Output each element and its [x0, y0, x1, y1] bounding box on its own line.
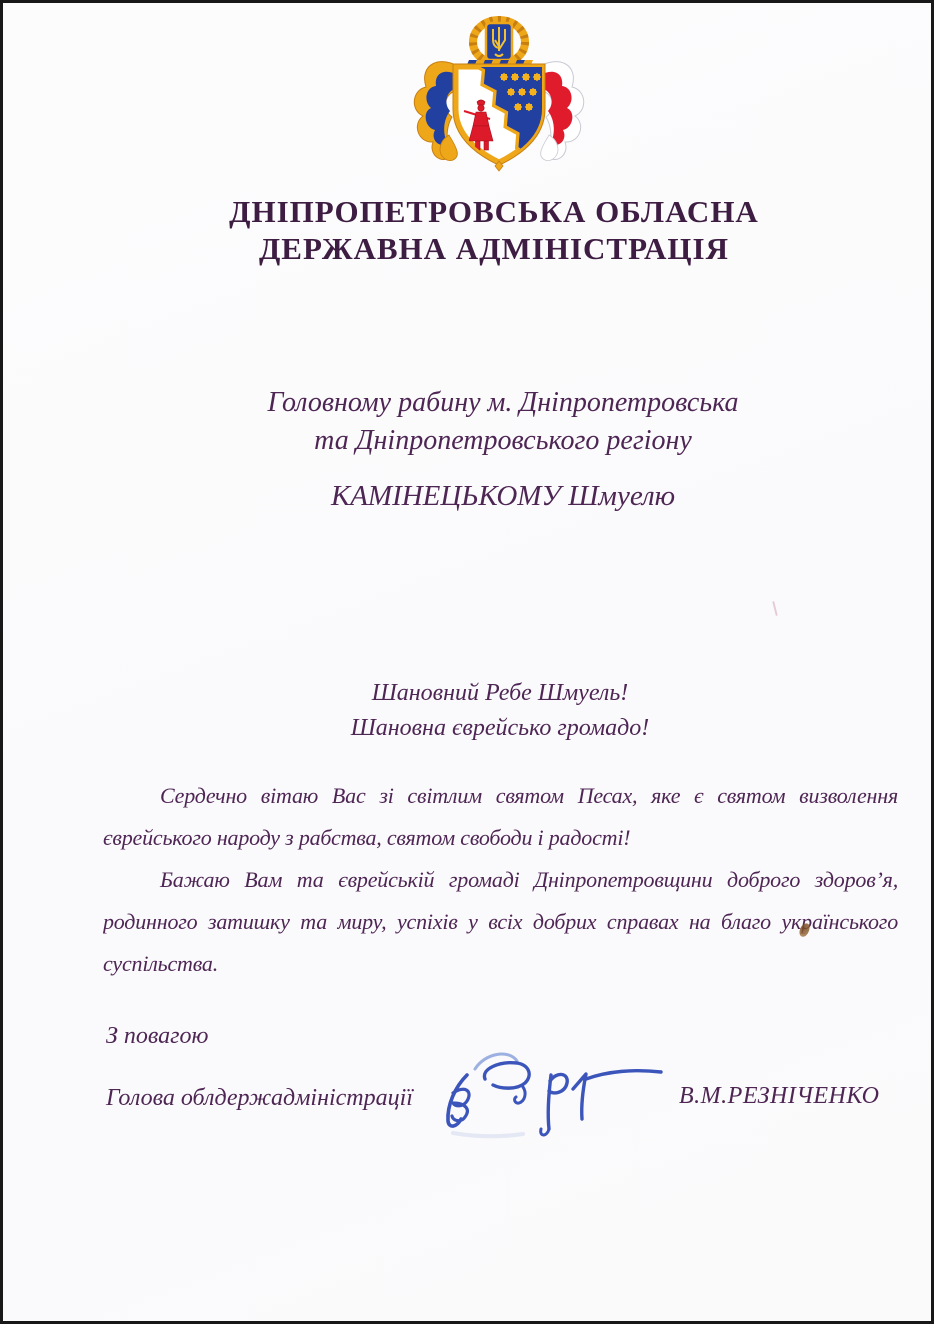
org-title: ДНІПРОПЕТРОВСЬКА ОБЛАСНА ДЕРЖАВНА АДМІНІ…	[94, 193, 894, 267]
signer-name: В.М.РЕЗНІЧЕНКО	[679, 1083, 880, 1110]
salutation-line1: Шановний Ребе Шмуель!	[100, 676, 900, 711]
closing-phrase: З повагою	[106, 1023, 208, 1050]
addressee-block: Головному рабину м. Дніпропетровська та …	[103, 384, 903, 460]
dnipropetrovsk-oblast-coat-of-arms-icon	[405, 14, 601, 176]
addressee-line2: та Дніпропетровського регіону	[103, 422, 903, 460]
body-line: єврейського народу з рабства, святом сво…	[103, 825, 898, 867]
paper-scratch	[772, 601, 778, 616]
salutation-line2: Шановна єврейсько громадо!	[100, 711, 900, 746]
body-line: Сердечно вітаю Вас зі світлим святом Пес…	[103, 783, 898, 825]
body-line: суспільства.	[103, 951, 898, 993]
body-line: родинного затишку та миру, успіхів у всі…	[103, 909, 898, 951]
org-title-line2: ДЕРЖАВНА АДМІНІСТРАЦІЯ	[94, 230, 894, 267]
recipient-name: КАМІНЕЦЬКОМУ Шмуелю	[103, 480, 903, 513]
body-line: Бажаю Вам та єврейській громаді Дніпропе…	[103, 867, 898, 909]
signer-title: Голова облдержадміністрації	[106, 1085, 413, 1112]
signature-autograph-icon	[423, 1041, 673, 1141]
salutation-block: Шановний Ребе Шмуель! Шановна єврейсько …	[100, 676, 900, 746]
addressee-line1: Головному рабину м. Дніпропетровська	[103, 384, 903, 422]
org-title-line1: ДНІПРОПЕТРОВСЬКА ОБЛАСНА	[94, 193, 894, 230]
scanned-letter-page: ДНІПРОПЕТРОВСЬКА ОБЛАСНА ДЕРЖАВНА АДМІНІ…	[0, 0, 934, 1324]
trident-wreath	[473, 20, 525, 64]
letter-body: Сердечно вітаю Вас зі світлим святом Пес…	[103, 783, 898, 993]
